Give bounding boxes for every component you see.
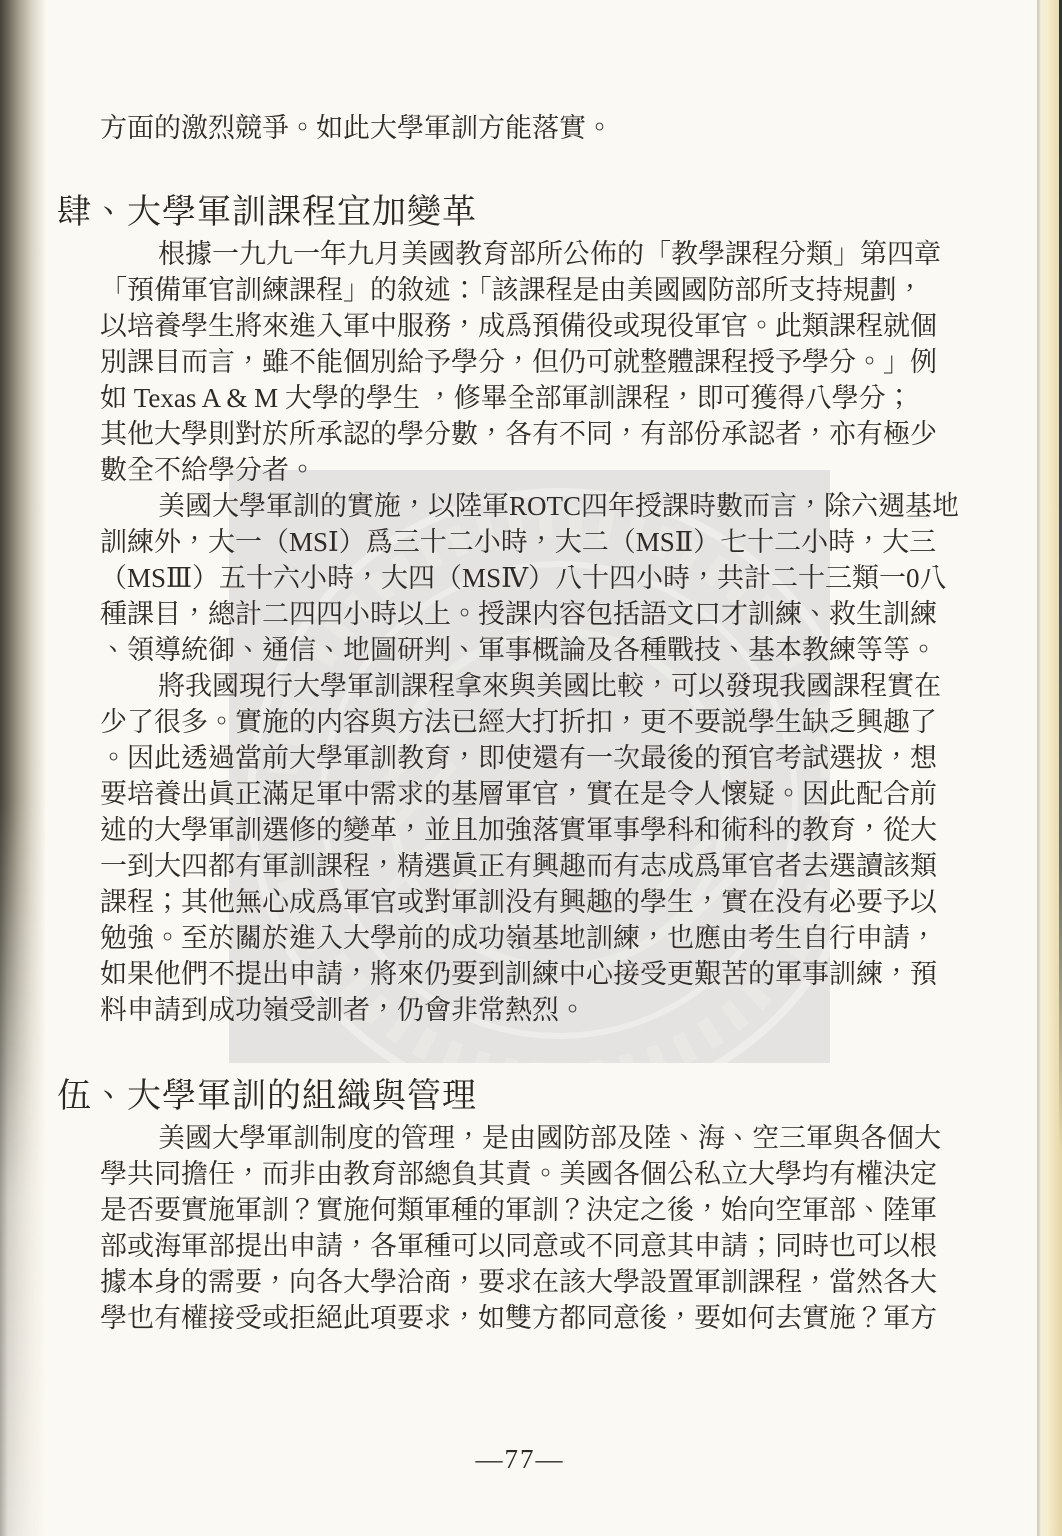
text-line: 其他大學則對於所承認的學分數，各有不同，有部份承認者，亦有極少 [100,416,944,452]
section4-paragraph-2: 美國大學軍訓的實施，以陸軍ROTC四年授課時數而言，除六週基地 訓練外，大一（M… [100,488,944,668]
text-line: （MSⅢ）五十六小時，大四（MSⅣ）八十四小時，共計二十三類一0八 [100,560,944,596]
page-text-column: 方面的激烈競爭。如此大學軍訓方能落實。 肆、大學軍訓課程宜加變革 根據一九九一年… [100,0,944,1336]
text-line: 要培養出眞正滿足軍中需求的基層軍官，實在是令人懷疑。因此配合前 [100,776,944,812]
text-line: 學共同擔任，而非由教育部總負其責。美國各個公私立大學均有權決定 [100,1156,944,1192]
text-line: 學也有權接受或拒絕此項要求，如雙方都同意後，要如何去實施？軍方 [100,1300,944,1336]
text-line: 美國大學軍訓的實施，以陸軍ROTC四年授課時數而言，除六週基地 [100,488,944,524]
section4-paragraph-1: 根據一九九一年九月美國教育部所公佈的「教學課程分類」第四章 「預備軍官訓練課程」… [100,236,944,488]
text-line: 、領導統御、通信、地圖研判、軍事概論及各種戰技、基本教練等等。 [100,632,944,668]
text-line: 訓練外，大一（MSⅠ）爲三十二小時，大二（MSⅡ）七十二小時，大三 [100,524,944,560]
text-line: 如果他們不提出申請，將來仍要到訓練中心接受更艱苦的軍事訓練，預 [100,956,944,992]
page-number: —77— [0,1444,1040,1475]
text-line: 數全不給學分者。 [100,452,944,488]
text-line: 課程；其他無心成爲軍官或對軍訓没有興趣的學生，實在没有必要予以 [100,884,944,920]
text-line: 美國大學軍訓制度的管理，是由國防部及陸、海、空三軍與各個大 [100,1120,944,1156]
text-line: 少了很多。實施的内容與方法已經大打折扣，更不要説學生缺乏興趣了 [100,704,944,740]
text-line: 根據一九九一年九月美國教育部所公佈的「教學課程分類」第四章 [100,236,944,272]
text-line: 述的大學軍訓選修的變革，並且加強落實軍事學科和術科的教育，從大 [100,812,944,848]
text-line: 「預備軍官訓練課程」的敘述：「該課程是由美國國防部所支持規劃， [100,272,944,308]
text-line: 料申請到成功嶺受訓者，仍會非常熱烈。 [100,992,944,1028]
text-line: 別課目而言，雖不能個別給予學分，但仍可就整體課程授予學分。」例 [100,344,944,380]
text-line: 種課目，總計二四四小時以上。授課内容包括語文口才訓練、救生訓練 [100,596,944,632]
text-line: 方面的激烈競爭。如此大學軍訓方能落實。 [100,110,944,146]
section4-heading: 肆、大學軍訓課程宜加變革 [57,190,944,236]
text-line: 是否要實施軍訓？實施何類軍種的軍訓？決定之後，始向空軍部、陸軍 [100,1192,944,1228]
text-line: 部或海軍部提出申請，各軍種可以同意或不同意其申請；同時也可以根 [100,1228,944,1264]
text-line: 據本身的需要，向各大學洽商，要求在該大學設置軍訓課程，當然各大 [100,1264,944,1300]
section5-paragraph-1: 美國大學軍訓制度的管理，是由國防部及陸、海、空三軍與各個大 學共同擔任，而非由教… [100,1120,944,1336]
text-line: 如 Texas A & M 大學的學生 ，修畢全部軍訓課程，即可獲得八學分； [100,380,944,416]
text-line: 勉強。至於關於進入大學前的成功嶺基地訓練，也應由考生自行申請， [100,920,944,956]
text-line: 一到大四都有軍訓課程，精選眞正有興趣而有志成爲軍官者去選讀該類 [100,848,944,884]
section5-heading: 伍、大學軍訓的組織與管理 [57,1074,944,1120]
text-line: 將我國現行大學軍訓課程拿來與美國比較，可以發現我國課程實在 [100,668,944,704]
text-line: 以培養學生將來進入軍中服務，成爲預備役或現役軍官。此類課程就個 [100,308,944,344]
text-line: 。因此透過當前大學軍訓教育，即使還有一次最後的預官考試選拔，想 [100,740,944,776]
scan-binding-left-edge [0,0,54,1536]
section4-paragraph-3: 將我國現行大學軍訓課程拿來與美國比較，可以發現我國課程實在 少了很多。實施的内容… [100,668,944,1028]
